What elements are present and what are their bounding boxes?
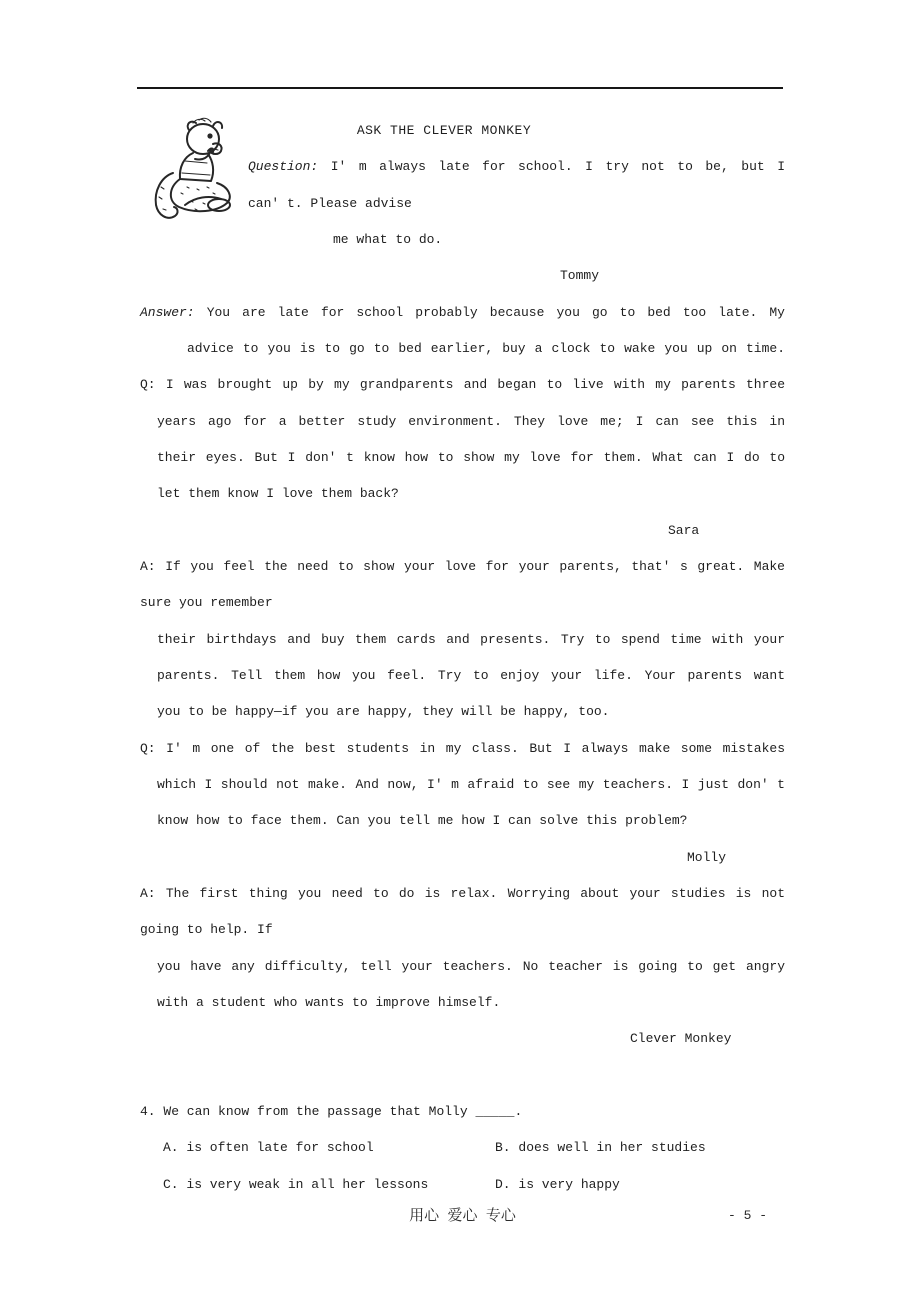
options-row: C. is very weak in all her lessonsD. is …	[140, 1167, 785, 1203]
question-line: years ago for a better study environment…	[140, 404, 785, 440]
answer-line: sure you remember	[140, 585, 785, 621]
text-run: sure you remember	[140, 595, 273, 610]
question-line: Question: I' m always late for school. I…	[140, 149, 785, 185]
page-number: - 5 -	[728, 1200, 767, 1232]
text-run: I' m always late for school. I try not t…	[318, 159, 785, 174]
signature-tommy: Tommy	[140, 258, 785, 294]
question-line: which I should not make. And now, I' m a…	[140, 767, 785, 803]
text-run: years ago for a better study environment…	[157, 414, 785, 429]
document-page: ASK THE CLEVER MONKEY Question: I' m alw…	[0, 0, 920, 1302]
text-body: Question: I' m always late for school. I…	[140, 149, 785, 1203]
signature-molly: Molly	[140, 840, 785, 876]
answer-line: advice to you is to go to bed earlier, b…	[140, 331, 785, 367]
question-line: Q: I was brought up by my grandparents a…	[140, 367, 785, 403]
text-run: Clever Monkey	[630, 1031, 731, 1046]
question-4-stem: 4. We can know from the passage that Mol…	[140, 1094, 785, 1130]
text-run: Tommy	[560, 268, 599, 283]
option-c: C. is very weak in all her lessons	[163, 1167, 428, 1203]
blank-line	[140, 1058, 785, 1094]
text-run: going to help. If	[140, 922, 273, 937]
answer-line: parents. Tell them how you feel. Try to …	[140, 658, 785, 694]
answer-line: Answer: You are late for school probably…	[140, 295, 785, 331]
text-run: You are late for school probably because…	[195, 305, 785, 320]
question-line: know how to face them. Can you tell me h…	[140, 803, 785, 839]
text-run: Molly	[687, 850, 726, 865]
option-a: A. is often late for school	[163, 1130, 374, 1166]
text-run: 4. We can know from the passage that Mol…	[140, 1104, 522, 1119]
text-run: which I should not make. And now, I' m a…	[157, 777, 785, 792]
footer-motto: 用心 爱心 专心	[140, 1200, 785, 1232]
answer-line: with a student who wants to improve hims…	[140, 985, 785, 1021]
text-run: parents. Tell them how you feel. Try to …	[157, 668, 785, 683]
text-run: Q: I was brought up by my grandparents a…	[140, 377, 785, 392]
italic-lead-label: Question:	[248, 159, 318, 174]
text-run: Q: I' m one of the best students in my c…	[140, 741, 785, 756]
question-line: their eyes. But I don' t know how to sho…	[140, 440, 785, 476]
text-run: let them know I love them back?	[157, 486, 399, 501]
text-run: me what to do.	[333, 232, 442, 247]
header-rule	[137, 87, 783, 89]
signature-sara: Sara	[140, 513, 785, 549]
text-run: can' t. Please advise	[248, 196, 412, 211]
page-footer: 用心 爱心 专心 - 5 -	[140, 1200, 785, 1232]
text-run: advice to you is to go to bed earlier, b…	[187, 341, 785, 356]
question-line: me what to do.	[140, 222, 785, 258]
italic-lead-label: Answer:	[140, 305, 195, 320]
text-run: you have any difficulty, tell your teach…	[157, 959, 785, 974]
signature-clever-monkey: Clever Monkey	[140, 1021, 785, 1057]
answer-line: going to help. If	[140, 912, 785, 948]
question-line: Q: I' m one of the best students in my c…	[140, 731, 785, 767]
text-run: their eyes. But I don' t know how to sho…	[157, 450, 785, 465]
option-b: B. does well in her studies	[495, 1130, 706, 1166]
question-line: can' t. Please advise	[140, 186, 785, 222]
option-d: D. is very happy	[495, 1167, 620, 1203]
answer-line: their birthdays and buy them cards and p…	[140, 622, 785, 658]
passage-body: ASK THE CLEVER MONKEY Question: I' m alw…	[140, 113, 785, 1203]
text-run: with a student who wants to improve hims…	[157, 995, 500, 1010]
passage-title: ASK THE CLEVER MONKEY	[140, 113, 785, 149]
options-row: A. is often late for schoolB. does well …	[140, 1130, 785, 1166]
text-run: A: The first thing you need to do is rel…	[140, 886, 785, 901]
answer-line: A: If you feel the need to show your lov…	[140, 549, 785, 585]
text-run: A: If you feel the need to show your lov…	[140, 559, 785, 574]
text-run: Sara	[668, 523, 699, 538]
answer-line: you to be happy—if you are happy, they w…	[140, 694, 785, 730]
question-line: let them know I love them back?	[140, 476, 785, 512]
answer-line: you have any difficulty, tell your teach…	[140, 949, 785, 985]
text-run: you to be happy—if you are happy, they w…	[157, 704, 609, 719]
answer-line: A: The first thing you need to do is rel…	[140, 876, 785, 912]
text-run: their birthdays and buy them cards and p…	[157, 632, 785, 647]
text-run: know how to face them. Can you tell me h…	[157, 813, 688, 828]
